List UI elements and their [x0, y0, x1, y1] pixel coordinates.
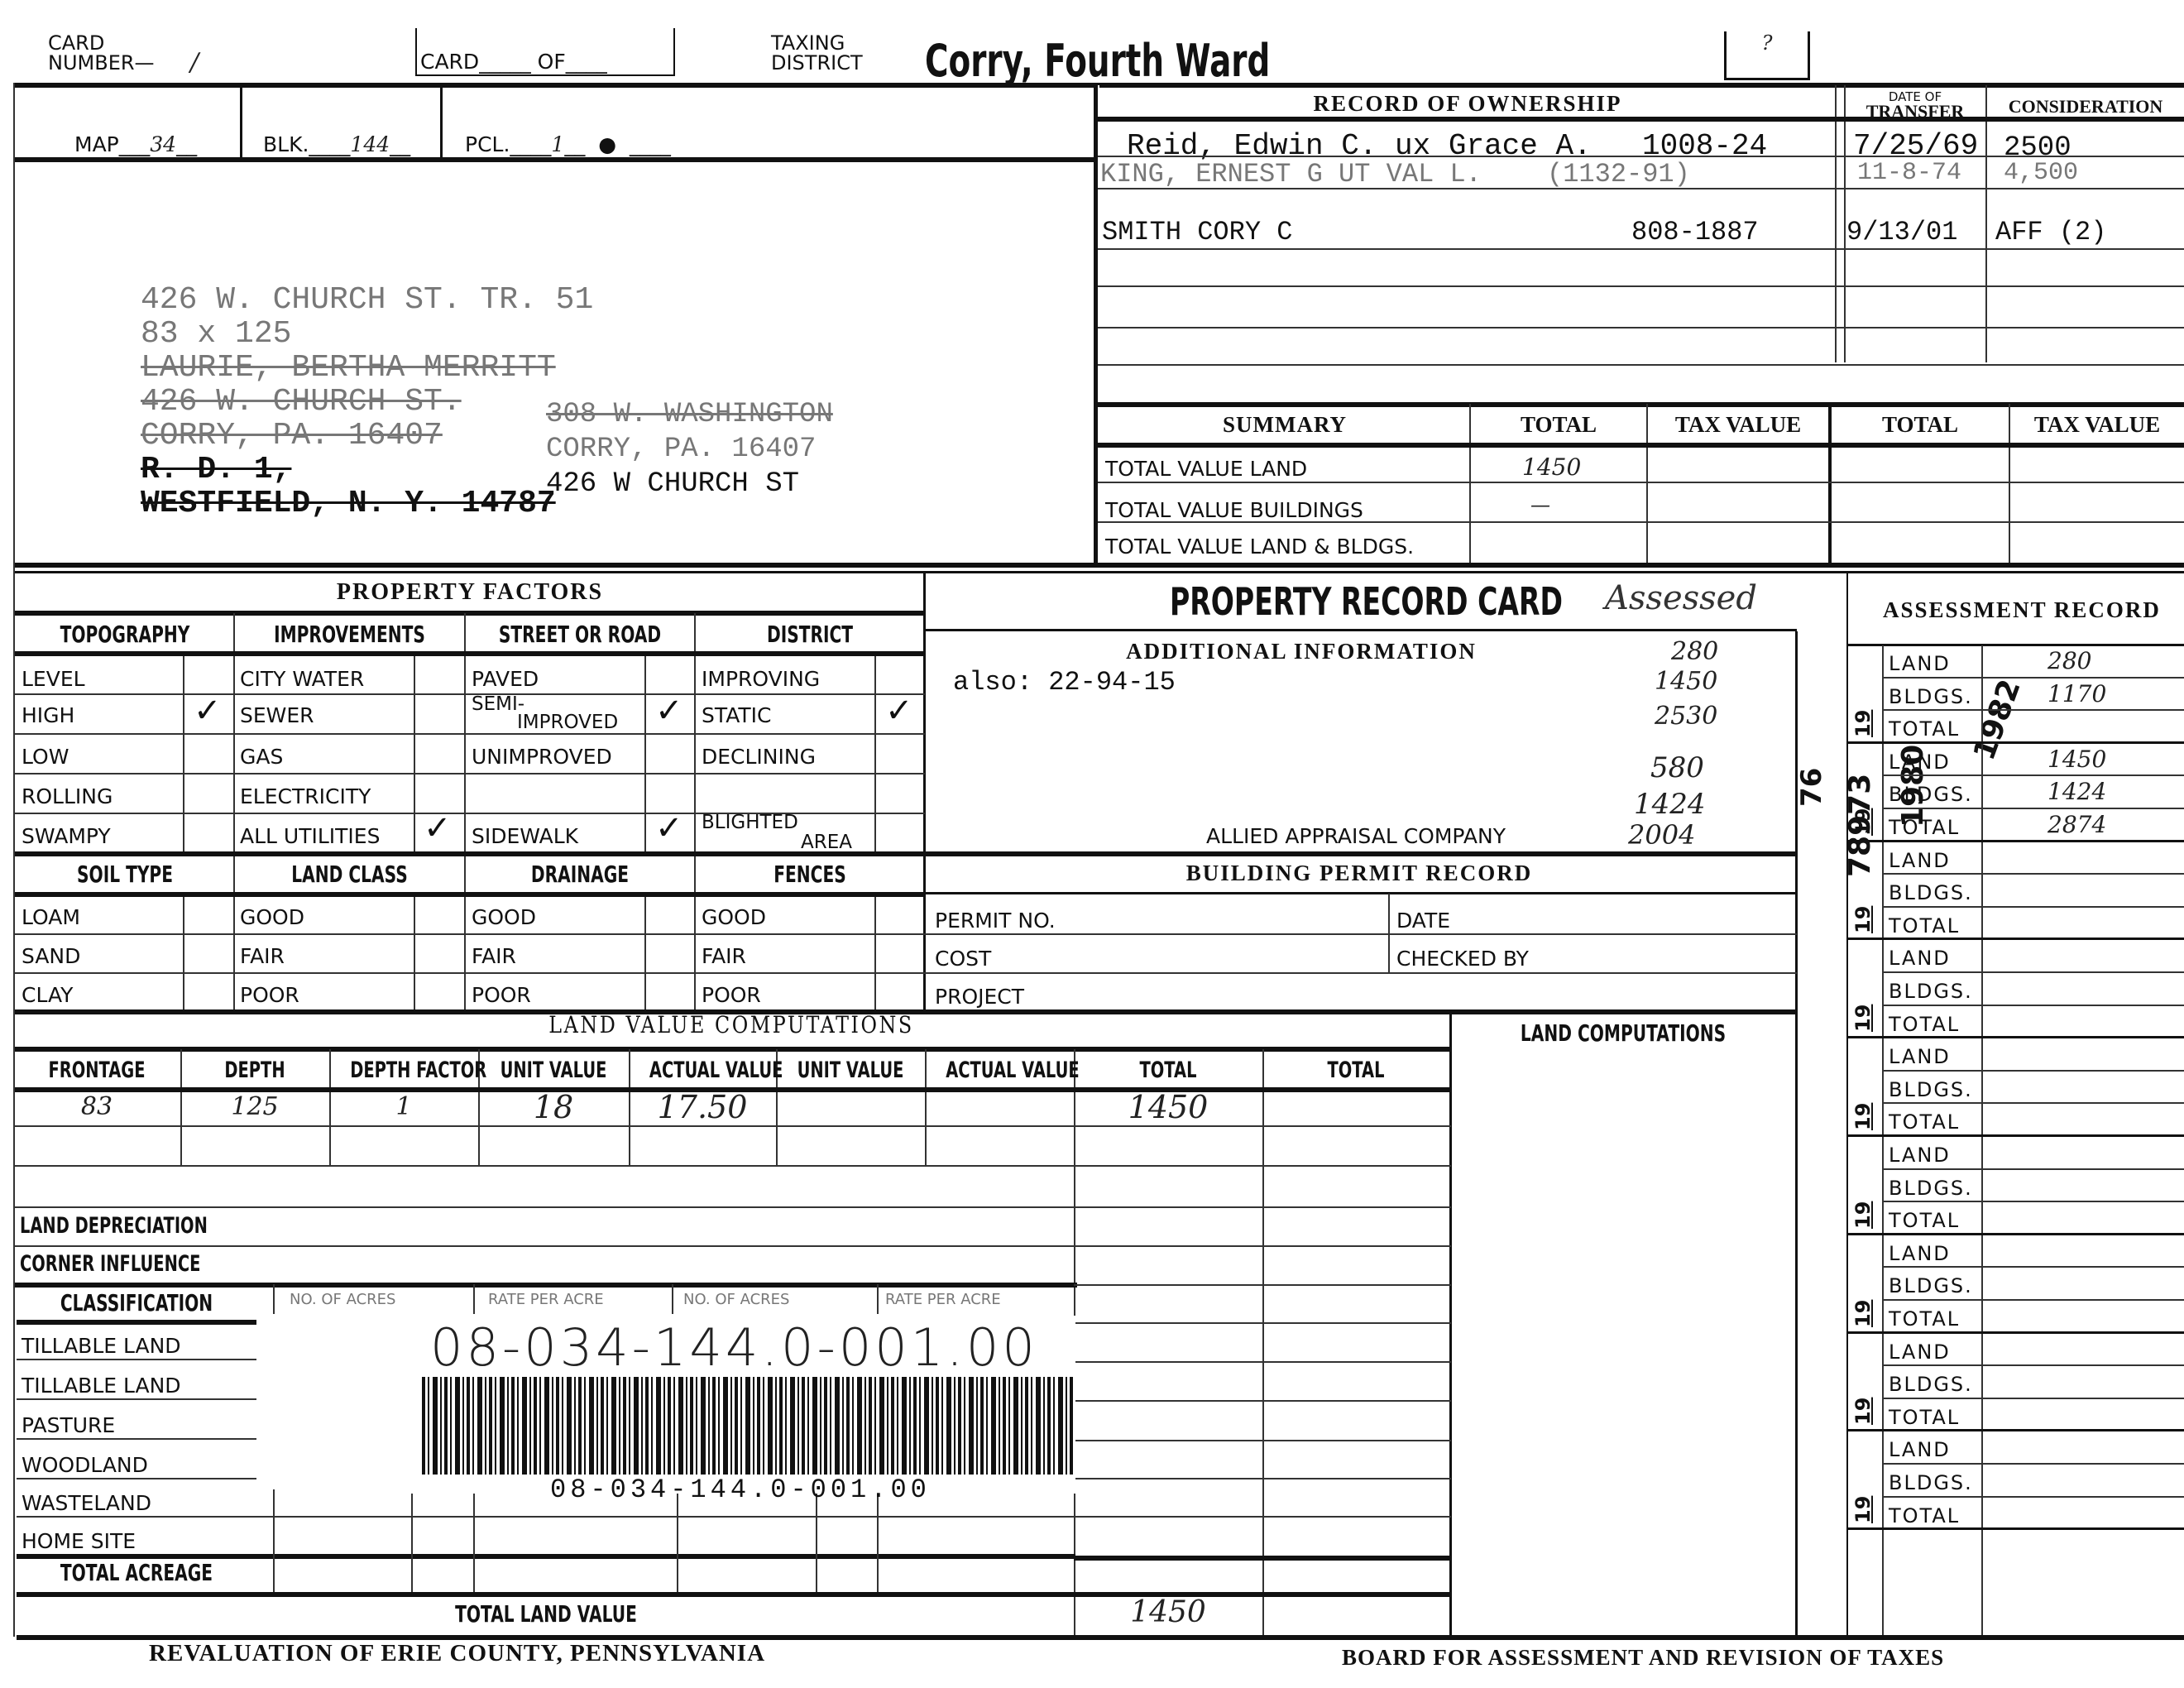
- blk-field[interactable]: BLK.____144__: [263, 132, 410, 156]
- taxing-district-label: TAXINGDISTRICT: [771, 33, 863, 73]
- assessment-row-bldgs: BLDGS.: [1882, 1366, 2184, 1399]
- permit-checked-by-field[interactable]: CHECKED BY: [1396, 947, 1529, 971]
- factor-label: SAND: [22, 944, 80, 968]
- assessment-block: 19LAND280BLDGS.1170TOTAL: [1848, 645, 2184, 744]
- permit-date-field[interactable]: DATE: [1396, 909, 1450, 933]
- divider: [1074, 1322, 1451, 1324]
- owner-consideration: 4,500: [2004, 159, 2078, 187]
- assessment-value[interactable]: 1450: [2047, 746, 2106, 773]
- address-line-struck: WESTFIELD, N. Y. 14787: [141, 487, 593, 520]
- assessment-label: BLDGS.: [1889, 1471, 1973, 1494]
- divider: [1074, 1284, 1451, 1286]
- factor-label: IMPROVING: [702, 667, 820, 691]
- land-value-title: LAND VALUE COMPUTATIONS: [121, 1011, 1342, 1048]
- assessment-row-land: LAND: [1882, 1235, 2184, 1268]
- factor-label: SWAMPY: [22, 824, 111, 848]
- divider: [13, 563, 2184, 568]
- divider: [13, 972, 925, 974]
- address-line-struck: 308 W. WASHINGTON: [546, 397, 833, 432]
- divider: [13, 892, 925, 897]
- address-line: 83 x 125: [141, 317, 593, 351]
- assessment-row-bldgs: BLDGS.1170: [1882, 679, 2184, 712]
- assessment-row-total: TOTAL: [1882, 1104, 2184, 1137]
- assessment-label: LAND: [1889, 1438, 1951, 1461]
- handwritten-figure: 2004: [1628, 819, 1695, 851]
- factor-checkbox-all-utilities[interactable]: ✓: [424, 809, 452, 847]
- address-line: 426 W. CHURCH ST. TR. 51: [141, 283, 593, 317]
- divider: [183, 894, 184, 1012]
- cell-depth[interactable]: 125: [180, 1092, 329, 1121]
- summary-row-label: TOTAL VALUE BUILDINGS: [1105, 498, 1363, 522]
- assessment-block: 19LAND1450BLDGS.1424TOTAL2874: [1848, 744, 2184, 842]
- factor-label: DECLINING: [702, 745, 816, 769]
- assessment-label: TOTAL: [1889, 1209, 1960, 1232]
- divider: [13, 773, 925, 774]
- divider: [414, 894, 415, 1012]
- divider: [925, 629, 1797, 631]
- factor-label: LOW: [22, 745, 69, 769]
- divider: [17, 1478, 256, 1479]
- address-line-struck: LAURIE, BERTHA MERRITT: [141, 351, 593, 385]
- assessment-label: BLDGS.: [1889, 1274, 1973, 1297]
- col-total-2: TOTAL: [1289, 1057, 1424, 1083]
- handwritten-figure: 280: [1671, 637, 1718, 666]
- handwritten-figure: 2530: [1655, 702, 1717, 731]
- divider: [925, 972, 1797, 974]
- divider: [1098, 521, 2184, 523]
- divider: [13, 1206, 1451, 1208]
- assessment-block: 19LANDBLDGS.TOTAL: [1848, 1038, 2184, 1137]
- assessment-row-bldgs: BLDGS.1424: [1882, 776, 2184, 809]
- group-header-land-class: LAND CLASS: [267, 861, 432, 888]
- divider: [473, 1284, 475, 1314]
- assessment-row-land: LAND280: [1882, 645, 2184, 679]
- divider: [240, 85, 242, 158]
- divider: [13, 1283, 1077, 1288]
- permit-project-field[interactable]: PROJECT: [935, 985, 1024, 1009]
- assessment-row-total: TOTAL: [1882, 1399, 2184, 1432]
- assessment-value[interactable]: 1170: [2047, 680, 2106, 707]
- assessment-row-land: LAND: [1882, 1431, 2184, 1465]
- owner-date: 7/25/69: [1853, 129, 1978, 163]
- handwritten-figure: 1424: [1634, 788, 1706, 821]
- divider: [17, 1438, 256, 1440]
- classification-row: TILLABLE LAND: [22, 1374, 181, 1398]
- factor-label: LOAM: [22, 905, 80, 929]
- divider: [411, 1489, 413, 1592]
- factor-checkbox-semi-improved[interactable]: ✓: [655, 692, 683, 730]
- classification-title: CLASSIFICATION: [50, 1289, 223, 1316]
- assessment-label: LAND: [1889, 1144, 1951, 1167]
- cell-frontage[interactable]: 83: [13, 1092, 180, 1121]
- assessment-value[interactable]: 1424: [2047, 778, 2106, 805]
- assessment-row-land: LAND: [1882, 1334, 2184, 1367]
- divider: [1094, 85, 1099, 565]
- card-count-box: ?: [1724, 31, 1810, 80]
- permit-cost-field[interactable]: COST: [935, 947, 991, 971]
- group-header-drainage: DRAINAGE: [498, 861, 663, 888]
- assessment-label: BLDGS.: [1889, 1373, 1973, 1396]
- cell-depth-factor[interactable]: 1: [329, 1092, 478, 1121]
- factor-label: FAIR: [702, 944, 746, 968]
- summary-tax-header: TAX VALUE: [1648, 412, 1828, 438]
- divider: [1074, 1400, 1451, 1402]
- divider: [874, 654, 876, 852]
- classification-row: PASTURE: [22, 1413, 115, 1437]
- land-computations-title: LAND COMPUTATIONS: [1501, 1019, 1746, 1047]
- divider: [1074, 1361, 1451, 1363]
- divider: [414, 654, 415, 852]
- factor-label: PAVED: [472, 667, 539, 691]
- assessment-label: LAND: [1889, 947, 1951, 970]
- assessment-label: LAND: [1889, 1045, 1951, 1068]
- assessment-label: TOTAL: [1889, 914, 1960, 938]
- land-depreciation-label: LAND DEPRECIATION: [20, 1213, 208, 1239]
- divider: [13, 83, 15, 1637]
- address-line: 426 W CHURCH ST: [546, 467, 833, 501]
- divider: [925, 933, 1797, 935]
- card-number-label: CARDNUMBER—: [48, 33, 155, 73]
- divider: [273, 1489, 275, 1592]
- divider: [1098, 364, 2184, 366]
- owner-date: 11-8-74: [1857, 159, 1961, 187]
- assessment-year-prefix: 19: [1851, 1496, 1875, 1523]
- factor-checkbox-static[interactable]: ✓: [885, 692, 913, 730]
- additional-info-title: ADDITIONAL INFORMATION: [925, 639, 1794, 664]
- record-card-title: PROPERTY RECORD CARD: [1170, 579, 1563, 624]
- assessment-row-bldgs: BLDGS.: [1882, 1170, 2184, 1203]
- assessment-row-bldgs: BLDGS.: [1882, 1268, 2184, 1301]
- factor-label: POOR: [472, 983, 531, 1007]
- divider: [644, 894, 646, 1012]
- factor-label: SIDEWALK: [472, 824, 578, 848]
- divider: [1098, 156, 2184, 157]
- divider: [13, 1165, 1451, 1167]
- owner-name: KING, ERNEST G UT VAL L.: [1100, 159, 1482, 189]
- group-header-district: DISTRICT: [728, 621, 893, 648]
- factor-label: ALL UTILITIES: [240, 824, 380, 848]
- classification-row: WOODLAND: [22, 1453, 148, 1477]
- divider: [925, 851, 1797, 856]
- group-header-street: STREET OR ROAD: [498, 621, 663, 648]
- permit-no-field[interactable]: PERMIT NO.: [935, 909, 1056, 933]
- assessment-row-land: LAND1450: [1882, 744, 2184, 777]
- address-line: CORRY, PA. 16407: [546, 432, 833, 467]
- assessment-label: BLDGS.: [1889, 881, 1973, 904]
- assessment-label: BLDGS.: [1889, 1078, 1973, 1101]
- card-of-label: CARD_____ OF____: [420, 50, 607, 74]
- group-header-fences: FENCES: [728, 861, 893, 888]
- address-block: 426 W. CHURCH ST. TR. 51 83 x 125 LAURIE…: [141, 283, 593, 520]
- parcel-number-handwritten: 08-034-144.0-001.00: [430, 1317, 1038, 1378]
- divider: [473, 1489, 475, 1592]
- owner-deed: 1008-24: [1642, 129, 1767, 163]
- divider: [1098, 443, 2184, 448]
- factor-label: POOR: [702, 983, 761, 1007]
- assessment-label: BLDGS.: [1889, 980, 1973, 1003]
- map-value: 34: [150, 132, 176, 156]
- pcl-value: 1: [551, 132, 564, 156]
- date-of-transfer-header: DATE OF TRANSFER: [1846, 89, 1984, 119]
- divider: [1098, 482, 2184, 483]
- divider: [644, 654, 646, 852]
- factor-label: STATIC: [702, 703, 771, 727]
- summary-total-header: TOTAL: [1471, 412, 1646, 438]
- footer-left: REVALUATION OF ERIE COUNTY, PENNSYLVANIA: [149, 1640, 765, 1667]
- col-frontage: FRONTAGE: [36, 1057, 156, 1083]
- assessment-label: BLDGS.: [1889, 783, 1973, 806]
- owner-name: SMITH CORY C: [1102, 217, 1292, 247]
- assessment-label: BLDGS.: [1889, 685, 1973, 708]
- assessment-value[interactable]: 280: [2047, 647, 2091, 674]
- factor-label: HIGH: [22, 703, 74, 727]
- factor-label: SEMI-IMPROVED: [472, 695, 641, 731]
- pcl-field[interactable]: PCL.____1__ ● ____: [465, 132, 671, 156]
- summary-tax-header-2: TAX VALUE: [2010, 412, 2184, 438]
- group-header-improvements: IMPROVEMENTS: [267, 621, 432, 648]
- address-line-struck: CORRY, PA. 16407: [141, 419, 593, 453]
- divider: [1098, 117, 2184, 122]
- handwritten-figure: 1450: [1655, 667, 1717, 696]
- stamp-number: 76: [1795, 768, 1828, 807]
- divider: [17, 1359, 256, 1360]
- barcode: [422, 1377, 1074, 1475]
- divider: [13, 1125, 1451, 1127]
- assessment-row-land: LAND: [1882, 842, 2184, 875]
- corner-influence-label: CORNER INFLUENCE: [20, 1251, 200, 1277]
- divider: [1074, 1516, 1451, 1518]
- cell-actual-value[interactable]: 17.50: [629, 1089, 776, 1125]
- col-total: TOTAL: [1100, 1057, 1236, 1083]
- divider: [1795, 1011, 1798, 1638]
- address-line-struck: 426 W. CHURCH ST.: [141, 385, 593, 419]
- assessment-label: TOTAL: [1889, 717, 1960, 741]
- assessment-year-prefix: 19: [1851, 1299, 1875, 1326]
- property-factors-title: PROPERTY FACTORS: [17, 579, 923, 606]
- assessment-row-total: TOTAL: [1882, 1301, 2184, 1334]
- factor-label: CLAY: [22, 983, 73, 1007]
- factor-checkbox-sidewalk[interactable]: ✓: [655, 809, 683, 847]
- owner-name: Reid, Edwin C. ux Grace A.: [1127, 129, 1592, 163]
- divider: [13, 571, 2184, 573]
- owner-date: 9/13/01: [1846, 217, 1957, 247]
- divider: [13, 733, 925, 735]
- consideration-header: CONSIDERATION: [1987, 96, 2184, 117]
- divider: [17, 1398, 256, 1400]
- divider: [874, 894, 876, 1012]
- assessment-row-land: LAND: [1882, 940, 2184, 973]
- assessment-label: TOTAL: [1889, 1013, 1960, 1036]
- address-line-struck: R. D. 1,: [141, 453, 593, 487]
- col-actual-value-2: ACTUAL VALUE: [946, 1057, 1053, 1083]
- assessment-label: TOTAL: [1889, 1307, 1960, 1331]
- factor-label: FAIR: [240, 944, 285, 968]
- col-no-acres-2: NO. OF ACRES: [683, 1291, 789, 1308]
- total-land-value-amount[interactable]: 1450: [1074, 1595, 1262, 1629]
- cell-total[interactable]: 1450: [1074, 1089, 1262, 1125]
- classification-row: HOME SITE: [22, 1529, 136, 1553]
- divider: [1844, 85, 1846, 362]
- summary-row-total[interactable]: —: [1530, 493, 1550, 516]
- factor-label: BLIGHTEDAREA: [702, 813, 871, 852]
- assessment-row-bldgs: BLDGS.: [1882, 1465, 2184, 1498]
- map-field[interactable]: MAP___34__: [74, 132, 197, 156]
- owner-deed: 808-1887: [1631, 217, 1759, 247]
- additional-info-text: also: 22-94-15: [953, 667, 1176, 698]
- assessment-value[interactable]: 2874: [2047, 811, 2106, 838]
- group-header-topography: TOPOGRAPHY: [47, 621, 204, 648]
- divider: [13, 1245, 1451, 1247]
- assessment-row-total: TOTAL: [1882, 1006, 2184, 1039]
- col-depth-factor: DEPTH FACTOR: [350, 1057, 457, 1083]
- factor-label: SEWER: [240, 703, 314, 727]
- divider: [273, 1284, 275, 1314]
- taxing-district-value[interactable]: Corry, Fourth Ward: [925, 35, 1270, 87]
- divider: [1098, 188, 2184, 189]
- assessment-block: 19LANDBLDGS.TOTAL: [1848, 1137, 2184, 1235]
- divider: [1074, 1440, 1451, 1441]
- assessment-year-prefix: 19: [1851, 1005, 1875, 1032]
- assessment-row-bldgs: BLDGS.: [1882, 973, 2184, 1006]
- summary-title: SUMMARY: [1100, 412, 1469, 438]
- divider: [13, 611, 925, 616]
- divider: [1835, 85, 1837, 362]
- factor-label: GOOD: [240, 905, 304, 929]
- building-permit-title: BUILDING PERMIT RECORD: [925, 861, 1794, 886]
- summary-total-header-2: TOTAL: [1832, 412, 2009, 438]
- divider: [925, 1049, 927, 1165]
- assessment-year-prefix: 19: [1851, 1398, 1875, 1425]
- assessment-row-bldgs: BLDGS.: [1882, 1072, 2184, 1105]
- factor-label: POOR: [240, 983, 299, 1007]
- appraisal-company: ALLIED APPRAISAL COMPANY: [1206, 824, 1506, 848]
- total-acreage-label: TOTAL ACREAGE: [50, 1559, 223, 1586]
- divider: [17, 1516, 1075, 1518]
- group-header-soil-type: SOIL TYPE: [47, 861, 204, 888]
- assessment-year-prefix: 19: [1851, 906, 1875, 933]
- assessment-year-prefix: 19: [1851, 709, 1875, 736]
- barcode-text: 08-034-144.0-001.00: [550, 1475, 931, 1505]
- assessment-row-bldgs: BLDGS.: [1882, 875, 2184, 908]
- owner-consideration: AFF (2): [1995, 217, 2106, 247]
- summary-row-label: TOTAL VALUE LAND & BLDGS.: [1105, 535, 1414, 559]
- classification-row: WASTELAND: [22, 1491, 151, 1515]
- factor-label: ELECTRICITY: [240, 784, 371, 808]
- assessment-label: TOTAL: [1889, 1110, 1960, 1134]
- divider: [13, 1047, 1451, 1052]
- assessment-year-prefix: 19: [1851, 808, 1875, 835]
- divider: [877, 1284, 879, 1314]
- divider: [183, 654, 184, 852]
- assessment-label: LAND: [1889, 849, 1951, 872]
- assessment-label: TOTAL: [1889, 1406, 1960, 1429]
- col-actual-value: ACTUAL VALUE: [649, 1057, 755, 1083]
- divider: [440, 85, 443, 158]
- divider: [17, 1320, 256, 1325]
- assessment-label: TOTAL: [1889, 1504, 1960, 1527]
- total-land-value-label: TOTAL LAND VALUE: [332, 1600, 760, 1628]
- divider: [925, 892, 1797, 894]
- assessment-year-prefix: 19: [1851, 1201, 1875, 1228]
- divider: [672, 1284, 673, 1314]
- summary-row-total[interactable]: 1450: [1522, 453, 1581, 481]
- col-rate-per-acre-2: RATE PER ACRE: [885, 1291, 1001, 1308]
- factor-label: CITY WATER: [240, 667, 364, 691]
- factor-label: GOOD: [702, 905, 766, 929]
- handwritten-figure: 580: [1650, 751, 1704, 784]
- assessment-label: BLDGS.: [1889, 1177, 1973, 1200]
- assessment-year-prefix: 19: [1851, 1103, 1875, 1130]
- col-rate-per-acre: RATE PER ACRE: [488, 1291, 604, 1308]
- divider: [13, 933, 925, 935]
- divider: [1795, 631, 1798, 1012]
- divider: [1985, 85, 1987, 362]
- factor-label: FAIR: [472, 944, 516, 968]
- assessment-label: LAND: [1889, 750, 1951, 774]
- assessment-title: ASSESSMENT RECORD: [1883, 597, 2161, 623]
- record-card-handwritten: Assessed: [1605, 579, 1757, 617]
- divider: [1262, 1049, 1264, 1638]
- assessment-block: 19LANDBLDGS.TOTAL: [1848, 1334, 2184, 1432]
- address-block-current: 308 W. WASHINGTON CORRY, PA. 16407 426 W…: [546, 397, 833, 501]
- assessment-row-land: LAND: [1882, 1038, 2184, 1072]
- divider: [1074, 1478, 1451, 1479]
- assessment-row-total: TOTAL: [1882, 1202, 2184, 1235]
- summary-row-label: TOTAL VALUE LAND: [1105, 457, 1307, 481]
- divider: [13, 851, 925, 856]
- assessment-label: TOTAL: [1889, 816, 1960, 839]
- assessment-block: 19LANDBLDGS.TOTAL: [1848, 842, 2184, 941]
- factor-label: ROLLING: [22, 784, 113, 808]
- col-unit-value: UNIT VALUE: [499, 1057, 607, 1083]
- footer-right: BOARD FOR ASSESSMENT AND REVISION OF TAX…: [1342, 1645, 1944, 1671]
- assessment-label: LAND: [1889, 1340, 1951, 1364]
- assessment-row-total: TOTAL: [1882, 1498, 2184, 1531]
- assessment-row-total: TOTAL: [1882, 908, 2184, 941]
- assessment-block: 19LANDBLDGS.TOTAL: [1848, 1431, 2184, 1530]
- assessment-row-land: LAND: [1882, 1137, 2184, 1170]
- classification-row: TILLABLE LAND: [22, 1334, 181, 1358]
- assessment-row-total: TOTAL2874: [1882, 809, 2184, 842]
- factor-label: GAS: [240, 745, 283, 769]
- card-count-value: ?: [1727, 31, 1808, 55]
- factor-label: UNIMPROVED: [472, 745, 612, 769]
- cell-unit-value[interactable]: 18: [478, 1089, 629, 1125]
- divider: [1098, 248, 2184, 250]
- assessment-label: LAND: [1889, 1242, 1951, 1265]
- divider: [1449, 1011, 1452, 1638]
- factor-label: LEVEL: [22, 667, 85, 691]
- col-unit-value-2: UNIT VALUE: [797, 1057, 904, 1083]
- blk-value: 144: [350, 132, 390, 156]
- col-no-acres: NO. OF ACRES: [290, 1291, 395, 1308]
- factor-checkbox-high[interactable]: ✓: [194, 692, 222, 730]
- divider: [1098, 327, 2184, 328]
- col-depth: DEPTH: [201, 1057, 309, 1083]
- ownership-title: RECORD OF OWNERSHIP: [1100, 91, 1835, 117]
- divider: [13, 157, 1095, 162]
- divider: [1098, 285, 2184, 287]
- divider: [13, 693, 925, 695]
- card-number-value[interactable]: /: [190, 48, 199, 77]
- assessment-label: LAND: [1889, 652, 1951, 675]
- assessment-block: 19LANDBLDGS.TOTAL: [1848, 1235, 2184, 1334]
- divider: [1074, 1556, 1451, 1561]
- owner-deed: (1132-91): [1547, 159, 1690, 189]
- divider: [1098, 402, 2184, 407]
- assessment-block: 19LANDBLDGS.TOTAL: [1848, 940, 2184, 1038]
- divider: [13, 651, 925, 656]
